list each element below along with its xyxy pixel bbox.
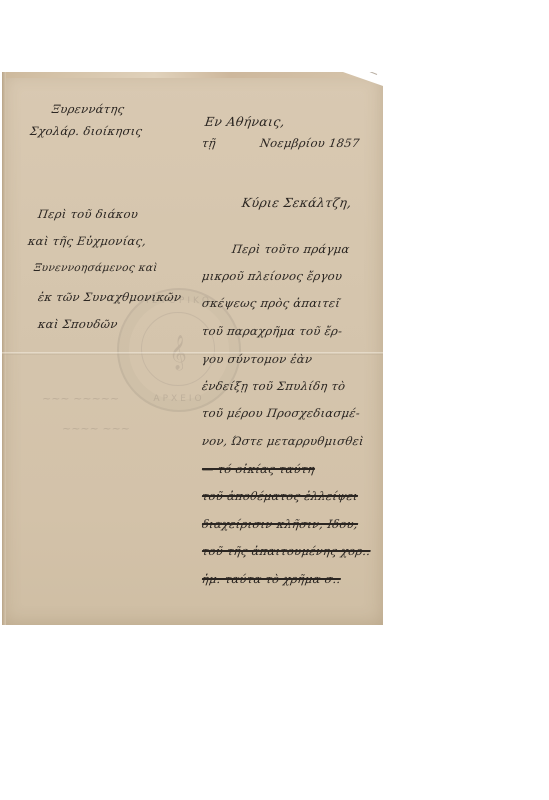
date-prefix: τῇ	[201, 136, 217, 150]
body-line-13-struck: ἡμ. ταύτα τὸ χρῆμα σ..	[201, 572, 342, 586]
body-line-6: ἐνδείξῃ τοῦ Σπυλίδη τὸ	[201, 379, 346, 393]
stamp-text-bottom: ΑΡΧΕΙΟ	[119, 394, 239, 404]
paper-fold-line	[2, 352, 383, 355]
body-line-1: Περὶ τοῦτο πράγμα	[231, 242, 351, 256]
body-line-2: μικροῦ πλείονος ἔργου	[201, 269, 343, 283]
margin-note-line-3: Ξυνεννοησάμενος καὶ	[33, 262, 158, 274]
margin-note-line-4: ἐκ τῶν Συναχθμονικῶν	[37, 290, 182, 304]
body-line-4: τοῦ παραχρῆμα τοῦ ἔρ-	[201, 324, 343, 338]
margin-note-line-5: καὶ Σπουδῶν	[37, 317, 119, 331]
place-line: Εν Αθήναις,	[204, 114, 286, 129]
body-line-7: τοῦ μέρου Προσχεδιασμέ-	[201, 406, 361, 420]
body-line-10-struck: τοῦ ἀποθέματος ἐλλείψει	[201, 489, 359, 503]
letter-page: ΙΣΤΟΡΙΚΟ 𝄞 ΑΡΧΕΙΟ ~~~ ~~~~~ ~~~~ ~~~ Ξυρ…	[2, 72, 383, 625]
date-line: Νοεμβρίου 1857	[259, 136, 361, 150]
body-line-11-struck: διαχείρισιν κλῆσιν, Ιδου,	[201, 517, 359, 531]
salutation: Κύριε Σεκάλτζη,	[241, 195, 353, 210]
margin-header-line-1: Ξυρεννάτης	[51, 102, 125, 116]
paper-left-edge	[2, 72, 6, 625]
bleed-through-text: ~~~ ~~~~~	[42, 392, 119, 405]
bleed-through-text: ~~~~ ~~~	[62, 422, 130, 435]
body-line-9-struck: — τό οἰκίας ταύτη	[201, 462, 316, 476]
margin-header-line-2: Σχολάρ. διοίκησις	[29, 124, 143, 138]
body-line-3: σκέψεως πρὸς ἀπαιτεῖ	[201, 296, 341, 310]
body-line-8: νον, Ώστε μεταρρυθμισθεὶ	[201, 434, 365, 448]
body-line-12-struck: τοῦ τῆς ἀπαιτουμένης χορ..	[201, 544, 372, 558]
margin-note-line-1: Περὶ τοῦ διάκου	[37, 207, 139, 221]
body-line-5: γου σύντομον ἐὰν	[201, 352, 313, 366]
margin-note-line-2: καὶ τῆς Εὐχμονίας,	[27, 234, 147, 248]
